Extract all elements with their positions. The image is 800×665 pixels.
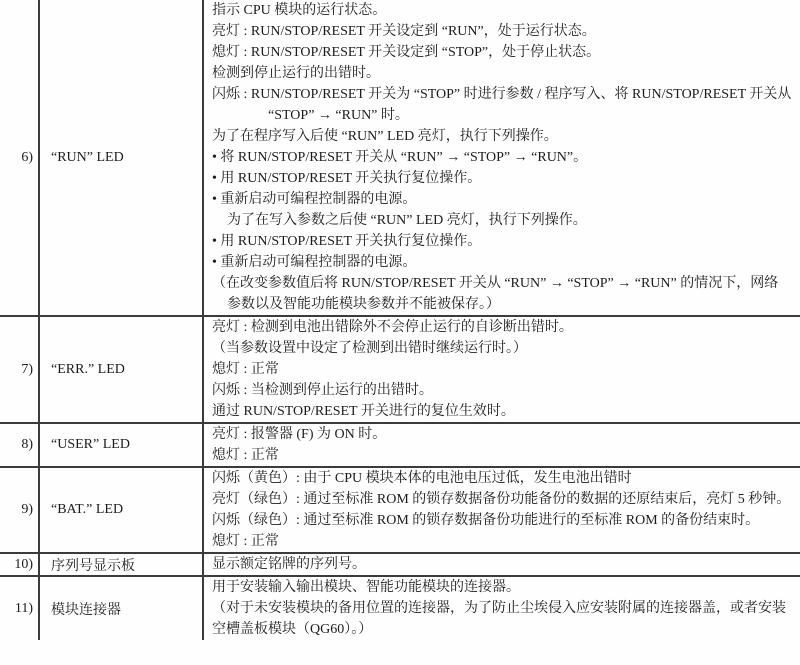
desc-line: 闪烁（绿色）: 通过至标准 ROM 的锁存数据备份功能进行的至标准 ROM 的备…: [212, 510, 794, 531]
desc-line: 指示 CPU 模块的运行状态。: [212, 0, 794, 21]
desc-line: （在改变参数值后将 RUN/STOP/RESET 开关从 “RUN” → “ST…: [212, 273, 794, 294]
row-number: 8): [21, 437, 33, 453]
row-name-cell: 序列号显示板: [40, 552, 204, 575]
row-description-cell: 显示额定铭牌的序列号。: [204, 552, 800, 575]
manual-page: 6) “RUN” LED 指示 CPU 模块的运行状态。 亮灯 : RUN/ST…: [0, 0, 800, 665]
desc-line: 亮灯 : 报警器 (F) 为 ON 时。: [212, 424, 794, 445]
row-number-cell: 7): [0, 315, 40, 422]
row-name-cell: “USER” LED: [40, 422, 204, 466]
desc-line: 参数以及智能功能模块参数并不能被保存。）: [212, 294, 794, 315]
desc-line: 显示额定铭牌的序列号。: [212, 554, 794, 575]
desc-line: 用于安装输入输出模块、智能功能模块的连接器。: [212, 577, 794, 598]
desc-line: 亮灯 : RUN/STOP/RESET 开关设定到 “RUN”，处于运行状态。: [212, 21, 794, 42]
desc-line: （当参数设置中设定了检测到出错时继续运行时。）: [212, 338, 794, 359]
component-description-table: 6) “RUN” LED 指示 CPU 模块的运行状态。 亮灯 : RUN/ST…: [0, 0, 800, 640]
row-name: “BAT.” LED: [51, 502, 123, 518]
row-name-cell: 模块连接器: [40, 575, 204, 640]
desc-line: 熄灯 : 正常: [212, 531, 794, 552]
row-name: 序列号显示板: [51, 555, 135, 575]
row-description-cell: 亮灯 : 检测到电池出错除外不会停止运行的自诊断出错时。 （当参数设置中设定了检…: [204, 315, 800, 422]
row-number-cell: 6): [0, 0, 40, 315]
row-number-cell: 10): [0, 552, 40, 575]
row-description-cell: 闪烁（黄色）: 由于 CPU 模块本体的电池电压过低，发生电池出错时 亮灯（绿色…: [204, 466, 800, 552]
desc-line: 通过 RUN/STOP/RESET 开关进行的复位生效时。: [212, 401, 794, 422]
row-description-cell: 用于安装输入输出模块、智能功能模块的连接器。 （对于未安装模块的备用位置的连接器…: [204, 575, 800, 640]
desc-line: • 重新启动可编程控制器的电源。: [212, 252, 794, 273]
desc-line: 亮灯 : 检测到电池出错除外不会停止运行的自诊断出错时。: [212, 317, 794, 338]
row-name: “ERR.” LED: [51, 362, 125, 378]
desc-line: 为了在程序写入后使 “RUN” LED 亮灯，执行下列操作。: [212, 126, 794, 147]
desc-line: 闪烁 : RUN/STOP/RESET 开关为 “STOP” 时进行参数 / 程…: [212, 84, 794, 105]
row-number-cell: 11): [0, 575, 40, 640]
row-number: 9): [21, 502, 33, 518]
desc-line: 熄灯 : 正常: [212, 359, 794, 380]
desc-line: 为了在写入参数之后使 “RUN” LED 亮灯，执行下列操作。: [212, 210, 794, 231]
row-name-cell: “BAT.” LED: [40, 466, 204, 552]
row-number: 10): [14, 557, 33, 573]
row-name: “USER” LED: [51, 437, 130, 453]
desc-line: 亮灯（绿色）: 通过至标准 ROM 的锁存数据备份功能备份的数据的还原结束后，亮…: [212, 489, 794, 510]
desc-line: 检测到停止运行的出错时。: [212, 63, 794, 84]
row-name-cell: “RUN” LED: [40, 0, 204, 315]
desc-line: 闪烁（黄色）: 由于 CPU 模块本体的电池电压过低，发生电池出错时: [212, 468, 794, 489]
row-number-cell: 8): [0, 422, 40, 466]
desc-line: 熄灯 : RUN/STOP/RESET 开关设定到 “STOP”，处于停止状态。: [212, 42, 794, 63]
row-name: “RUN” LED: [51, 150, 124, 166]
row-name: 模块连接器: [51, 599, 121, 619]
desc-line: • 将 RUN/STOP/RESET 开关从 “RUN” → “STOP” → …: [212, 147, 794, 168]
row-number-cell: 9): [0, 466, 40, 552]
row-description-cell: 亮灯 : 报警器 (F) 为 ON 时。 熄灯 : 正常: [204, 422, 800, 466]
desc-line: 空槽盖板模块（QG60）。）: [212, 619, 794, 640]
row-description-cell: 指示 CPU 模块的运行状态。 亮灯 : RUN/STOP/RESET 开关设定…: [204, 0, 800, 315]
row-number: 6): [21, 150, 33, 166]
desc-line: • 用 RUN/STOP/RESET 开关执行复位操作。: [212, 231, 794, 252]
desc-line: • 重新启动可编程控制器的电源。: [212, 189, 794, 210]
desc-line: “STOP” → “RUN” 时。: [212, 105, 794, 126]
row-number: 11): [15, 601, 33, 617]
desc-line: • 用 RUN/STOP/RESET 开关执行复位操作。: [212, 168, 794, 189]
row-name-cell: “ERR.” LED: [40, 315, 204, 422]
desc-line: 熄灯 : 正常: [212, 445, 794, 466]
desc-line: （对于未安装模块的备用位置的连接器，为了防止尘埃侵入应安装附属的连接器盖，或者安…: [212, 598, 794, 619]
desc-line: 闪烁 : 当检测到停止运行的出错时。: [212, 380, 794, 401]
row-number: 7): [21, 362, 33, 378]
